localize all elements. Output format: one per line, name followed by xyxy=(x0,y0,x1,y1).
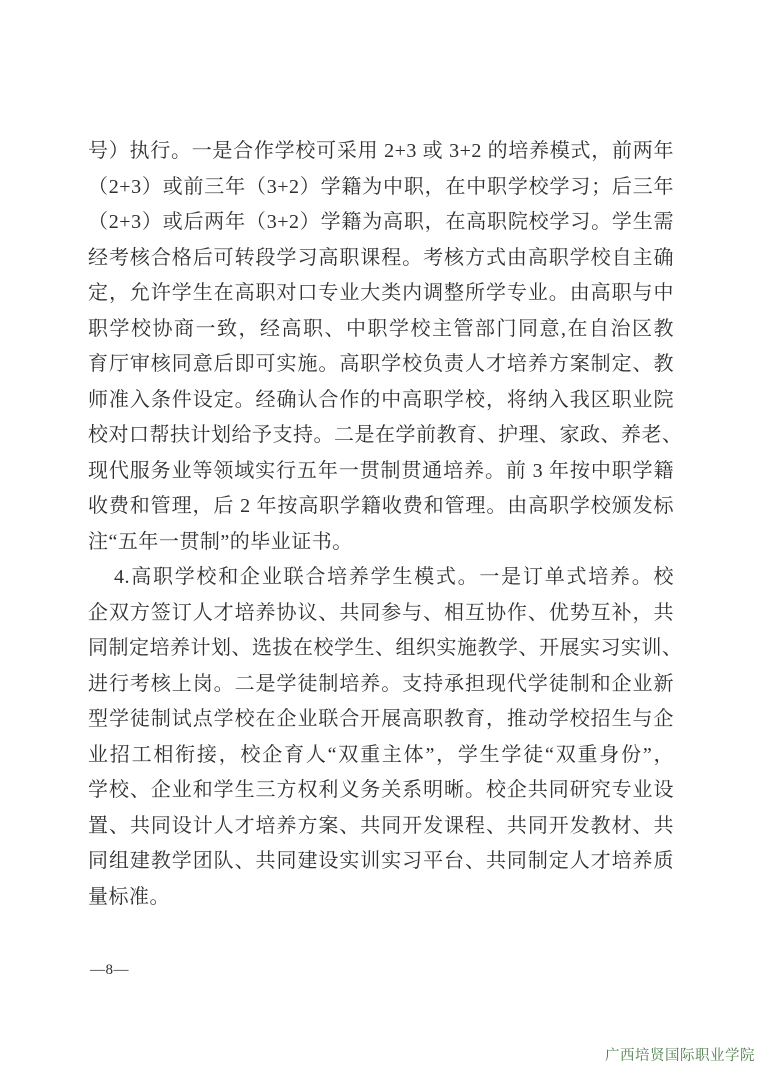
text-line: 职学校协商一致，经高职、中职学校主管部门同意,在自治区教 xyxy=(88,312,674,348)
text-line: 经考核合格后可转段学习高职课程。考核方式由高职学校自主确 xyxy=(88,241,674,277)
text-line: 量标准。 xyxy=(88,880,674,916)
text-line: （2+3）或后两年（3+2）学籍为高职，在高职院校学习。学生需 xyxy=(88,205,674,241)
text-line: 4.高职学校和企业联合培养学生模式。一是订单式培养。校 xyxy=(88,560,674,596)
text-line: 师准入条件设定。经确认合作的中高职学校，将纳入我区职业院 xyxy=(88,383,674,419)
text-line: 定，允许学生在高职对口专业大类内调整所学专业。由高职与中 xyxy=(88,276,674,312)
text-line: 注“五年一贯制”的毕业证书。 xyxy=(88,525,674,561)
text-line: 同组建教学团队、共同建设实训实习平台、共同制定人才培养质 xyxy=(88,844,674,880)
text-line: 号）执行。一是合作学校可采用 2+3 或 3+2 的培养模式，前两年 xyxy=(88,134,674,170)
text-line: 收费和管理，后 2 年按高职学籍收费和管理。由高职学校颁发标 xyxy=(88,489,674,525)
text-line: （2+3）或前三年（3+2）学籍为中职，在中职学校学习；后三年 xyxy=(88,170,674,206)
text-line: 型学徒制试点学校在企业联合开展高职教育，推动学校招生与企 xyxy=(88,702,674,738)
text-line: 校对口帮扶计划给予支持。二是在学前教育、护理、家政、养老、 xyxy=(88,418,674,454)
text-line: 企双方签订人才培养协议、共同参与、相互协作、优势互补，共 xyxy=(88,596,674,632)
text-line: 学校、企业和学生三方权利义务关系明晰。校企共同研究专业设 xyxy=(88,773,674,809)
text-line: 进行考核上岗。二是学徒制培养。支持承担现代学徒制和企业新 xyxy=(88,667,674,703)
page-number: —8— xyxy=(90,962,129,979)
institution-watermark: 广西培贤国际职业学院 xyxy=(605,1044,755,1065)
document-page: 号）执行。一是合作学校可采用 2+3 或 3+2 的培养模式，前两年（2+3）或… xyxy=(0,0,764,1080)
text-line: 业招工相衔接，校企育人“双重主体”，学生学徒“双重身份”， xyxy=(88,738,674,774)
text-line: 同制定培养计划、选拔在校学生、组织实施教学、开展实习实训、 xyxy=(88,631,674,667)
text-line: 育厅审核同意后即可实施。高职学校负责人才培养方案制定、教 xyxy=(88,347,674,383)
document-body: 号）执行。一是合作学校可采用 2+3 或 3+2 的培养模式，前两年（2+3）或… xyxy=(88,134,674,915)
text-line: 置、共同设计人才培养方案、共同开发课程、共同开发教材、共 xyxy=(88,809,674,845)
text-line: 现代服务业等领域实行五年一贯制贯通培养。前 3 年按中职学籍 xyxy=(88,454,674,490)
